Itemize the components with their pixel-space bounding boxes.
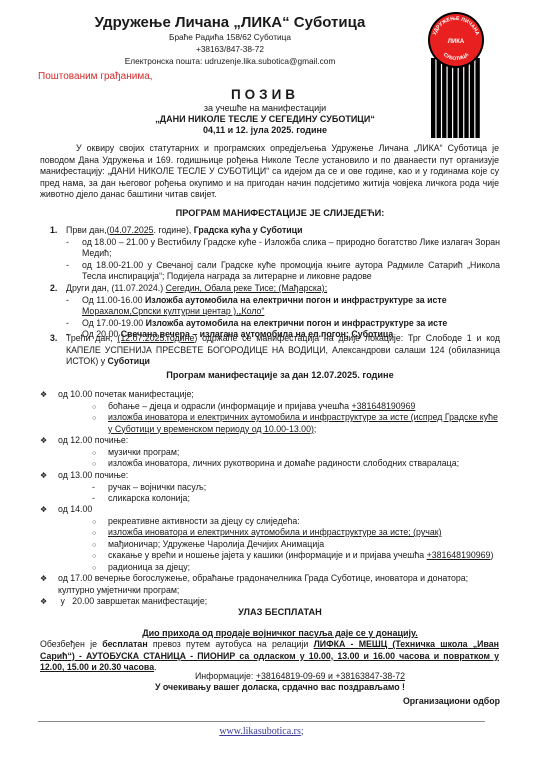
- lika-cap-logo-icon: УДРУЖЕЊЕ ЛИЧАНА ЛИКА СУБОТИЦА: [422, 8, 490, 142]
- intro-paragraph: У оквиру својих статутарних и програмски…: [40, 143, 499, 201]
- schedule-block: ❖ од 13.00 почиње: -ручак – војнички пас…: [40, 470, 500, 505]
- schedule-item-text: бoћање – дјеца и одрасли (информације и …: [108, 401, 352, 411]
- email-label: Електронска пошта:: [125, 56, 203, 66]
- program-item-text: од 18.00 – 21.00 у Вестибилу Градске кућ…: [82, 237, 500, 259]
- schedule-item-text: сликарска колонија;: [108, 493, 190, 503]
- circle-bullet-icon: ○: [92, 413, 96, 425]
- day-prefix: Други дан, (11.07.2024.): [66, 283, 166, 293]
- schedule-time: у 20.00 завршетак манифестације;: [58, 596, 500, 608]
- day-location: Градска кућа у Суботици: [194, 225, 303, 235]
- diamond-bullet-icon: ❖: [40, 389, 47, 401]
- event-name: „ДАНИ НИКОЛЕ ТЕСЛЕ У СЕГЕДИНУ СУБОТИЦИ“: [100, 114, 430, 125]
- program-item-title: Изложба аутомобила на електрични погон и…: [146, 318, 448, 328]
- schedule-time: од 12.00 почиње:: [58, 435, 500, 447]
- schedule-item: ○бoћање – дјеца и одрасли (информације и…: [92, 401, 500, 413]
- svg-text:ЛИКА: ЛИКА: [448, 39, 465, 45]
- schedule-item: ○рекреативне активности за дјецу су слиј…: [92, 516, 500, 528]
- address: Браће Радића 158/62 Суботица: [60, 31, 400, 43]
- circle-bullet-icon: ○: [92, 459, 96, 471]
- phone: +38163/847-38-72: [60, 43, 400, 55]
- schedule-item: ○изложба иноватора, личних рукотворина и…: [92, 458, 500, 470]
- dash-bullet-icon: -: [92, 493, 95, 505]
- program-item-time: Од 17.00-19.00: [82, 318, 146, 328]
- program-item-venue: Морахалом,Српски културни центар ),„Коло…: [82, 306, 264, 316]
- program-item: -од 18.00-21.00 у Свечаној сали Градске …: [66, 260, 500, 283]
- day-prefix: Први дан,(: [66, 225, 110, 235]
- schedule-item-text: мађионичар; Удружење Чаролија Дечијих Ан…: [108, 539, 324, 549]
- diamond-bullet-icon: ❖: [40, 573, 47, 585]
- invitation-subtitle-block: за учешће на манифестацији „ДАНИ НИКОЛЕ …: [100, 103, 430, 136]
- schedule-item-suffix: ): [490, 550, 493, 560]
- schedule-item-text: рекреативне активности за дјецу су слије…: [108, 516, 300, 526]
- day-prefix: Трећи дан,: [66, 333, 117, 343]
- diamond-bullet-icon: ❖: [40, 596, 47, 608]
- transport-free: бесплатан: [102, 639, 147, 649]
- schedule-item-text: изложба иноватора и електричних аутомоби…: [108, 527, 442, 537]
- day-mid: . године),: [154, 225, 194, 235]
- schedule-time: од 14.00: [58, 504, 500, 516]
- program-item: -Од 11.00-16.00 Изложба аутомобила на ел…: [66, 295, 500, 318]
- schedule-block: ❖ од 12.00 почиње: ○музички програм; ○из…: [40, 435, 500, 470]
- intro-text: У оквиру својих статутарних и програмски…: [40, 143, 499, 199]
- event-dates: 04,11 и 12. јула 2025. године: [100, 125, 430, 136]
- free-entry: УЛАЗ БЕСПЛАТАН: [60, 607, 500, 617]
- program-item-text: од 18.00-21.00 у Свечаној сали Градске к…: [82, 260, 500, 282]
- schedule-block: ❖ од 17.00 вечерње богослужење, обраћање…: [40, 573, 500, 596]
- transport-paragraph: Обезбеђен је бесплатан превоз путем ауто…: [40, 639, 499, 674]
- info-phones[interactable]: +38164819-09-69 и +38163847-38-72: [256, 671, 405, 681]
- program-item-time: Од 11.00-16.00: [82, 295, 145, 305]
- schedule-item-text: изложба иноватора и електричних аутомоби…: [108, 412, 498, 434]
- schedule-item: ○изложба иноватора и електричних аутомоб…: [92, 412, 500, 435]
- organization-name: Удружење Личана „ЛИКА“ Суботица: [60, 14, 400, 31]
- invitation-title: ПОЗИВ: [100, 87, 430, 102]
- schedule-block: ❖ од 10.00 почетак манифестације; ○бoћањ…: [40, 389, 500, 435]
- info-label: Информације:: [195, 671, 256, 681]
- diamond-bullet-icon: ❖: [40, 504, 47, 516]
- schedule-item-text: изложба иноватора, личних рукотворина и …: [108, 458, 459, 468]
- day-number: 3.: [50, 333, 57, 345]
- day-location: Суботици: [108, 356, 150, 366]
- signature: Организациони одбор: [380, 696, 500, 706]
- program-heading: ПРОГРАМ МАНИФЕСТАЦИЈЕ ЈЕ СЛИЈЕДЕЋИ:: [60, 208, 500, 218]
- organization-contact: Браће Радића 158/62 Суботица +38163/847-…: [60, 31, 400, 67]
- schedule-item: -сликарска колонија;: [92, 493, 500, 505]
- phone-link[interactable]: +381648190969: [352, 401, 416, 411]
- donation-note: Дио прихода од продаје војничког пасуља …: [60, 628, 500, 638]
- transport-text: превоз путем аутобуса на релацији: [148, 639, 314, 649]
- schedule-time: од 10.00 почетак манифестације;: [58, 389, 500, 401]
- schedule-item: ○мађионичар; Удружење Чаролија Дечијих А…: [92, 539, 500, 551]
- schedule-item-text: ручак – војнички пасуљ;: [108, 482, 206, 492]
- schedule-item: ○музички програм;: [92, 447, 500, 459]
- day-date: (12.07.2025.године: [117, 333, 194, 343]
- footer-suffix: ;: [301, 726, 304, 737]
- day3-program-heading: Програм манифестације за дан 12.07.2025.…: [60, 370, 500, 380]
- email: udruzenje.lika.subotica@gmail.com: [205, 56, 336, 66]
- diamond-bullet-icon: ❖: [40, 435, 47, 447]
- greeting: Поштованим грађанима,: [38, 71, 153, 82]
- invitation-subtitle: за учешће на манифестацији: [100, 103, 430, 114]
- transport-end: .: [154, 662, 156, 672]
- schedule-block: ❖ у 20.00 завршетак манифестације;: [40, 596, 500, 608]
- schedule-item: ○скакање у врећи и ношење јајета у кашик…: [92, 550, 500, 562]
- schedule-time: од 17.00 вечерње богослужење, обраћање г…: [58, 573, 500, 596]
- schedule-item-text: скакање у врећи и ношење јајета у кашики…: [108, 550, 427, 560]
- schedule-item: ○изложба иноватора и електричних аутомоб…: [92, 527, 500, 539]
- program-day-3: 3. Трећи дан, (12.07.2025.године) одржаћ…: [50, 333, 500, 368]
- day-number: 2.: [50, 283, 57, 295]
- program-item: -од 18.00 – 21.00 у Вестибилу Градске ку…: [66, 237, 500, 260]
- schedule-item: -ручак – војнички пасуљ;: [92, 482, 500, 494]
- schedule-block: ❖ од 14.00 ○рекреативне активности за дј…: [40, 504, 500, 573]
- info-line: Информације: +38164819-09-69 и +38163847…: [160, 671, 440, 681]
- schedule-item-text: радионица за дјецу;: [108, 562, 190, 572]
- program-day-2: 2. Други дан, (11.07.2024.) Сегедин, Оба…: [50, 283, 500, 341]
- program-day-1: 1. Први дан,(04.07.2025. године), Градск…: [50, 225, 500, 283]
- day-location: Сегедин, Обала реке Тисе; (Мађарска);: [166, 283, 328, 293]
- day-number: 1.: [50, 225, 57, 237]
- program-item: -Од 17.00-19.00 Изложба аутомобила на ел…: [66, 318, 500, 330]
- program-item-title: Изложба аутомобила на електрични погон и…: [145, 295, 447, 305]
- website-link[interactable]: www.likasubotica.rs: [219, 726, 301, 737]
- dash-bullet-icon: -: [92, 482, 95, 494]
- closing-greeting: У очекивању вашег доласка, срдачно вас п…: [100, 682, 460, 692]
- email-line: Електронска пошта: udruzenje.lika.suboti…: [60, 55, 400, 67]
- footer-divider: [38, 721, 485, 722]
- day-date: 04.07.2025: [110, 225, 154, 235]
- transport-text: Обезбеђен је: [40, 639, 102, 649]
- schedule-time: од 13.00 почиње:: [58, 470, 500, 482]
- phone-link[interactable]: +381648190969: [427, 550, 491, 560]
- footer: www.likasubotica.rs;: [38, 726, 485, 737]
- schedule-item: ○радионица за дјецу;: [92, 562, 500, 574]
- diamond-bullet-icon: ❖: [40, 470, 47, 482]
- schedule-item-text: музички програм;: [108, 447, 179, 457]
